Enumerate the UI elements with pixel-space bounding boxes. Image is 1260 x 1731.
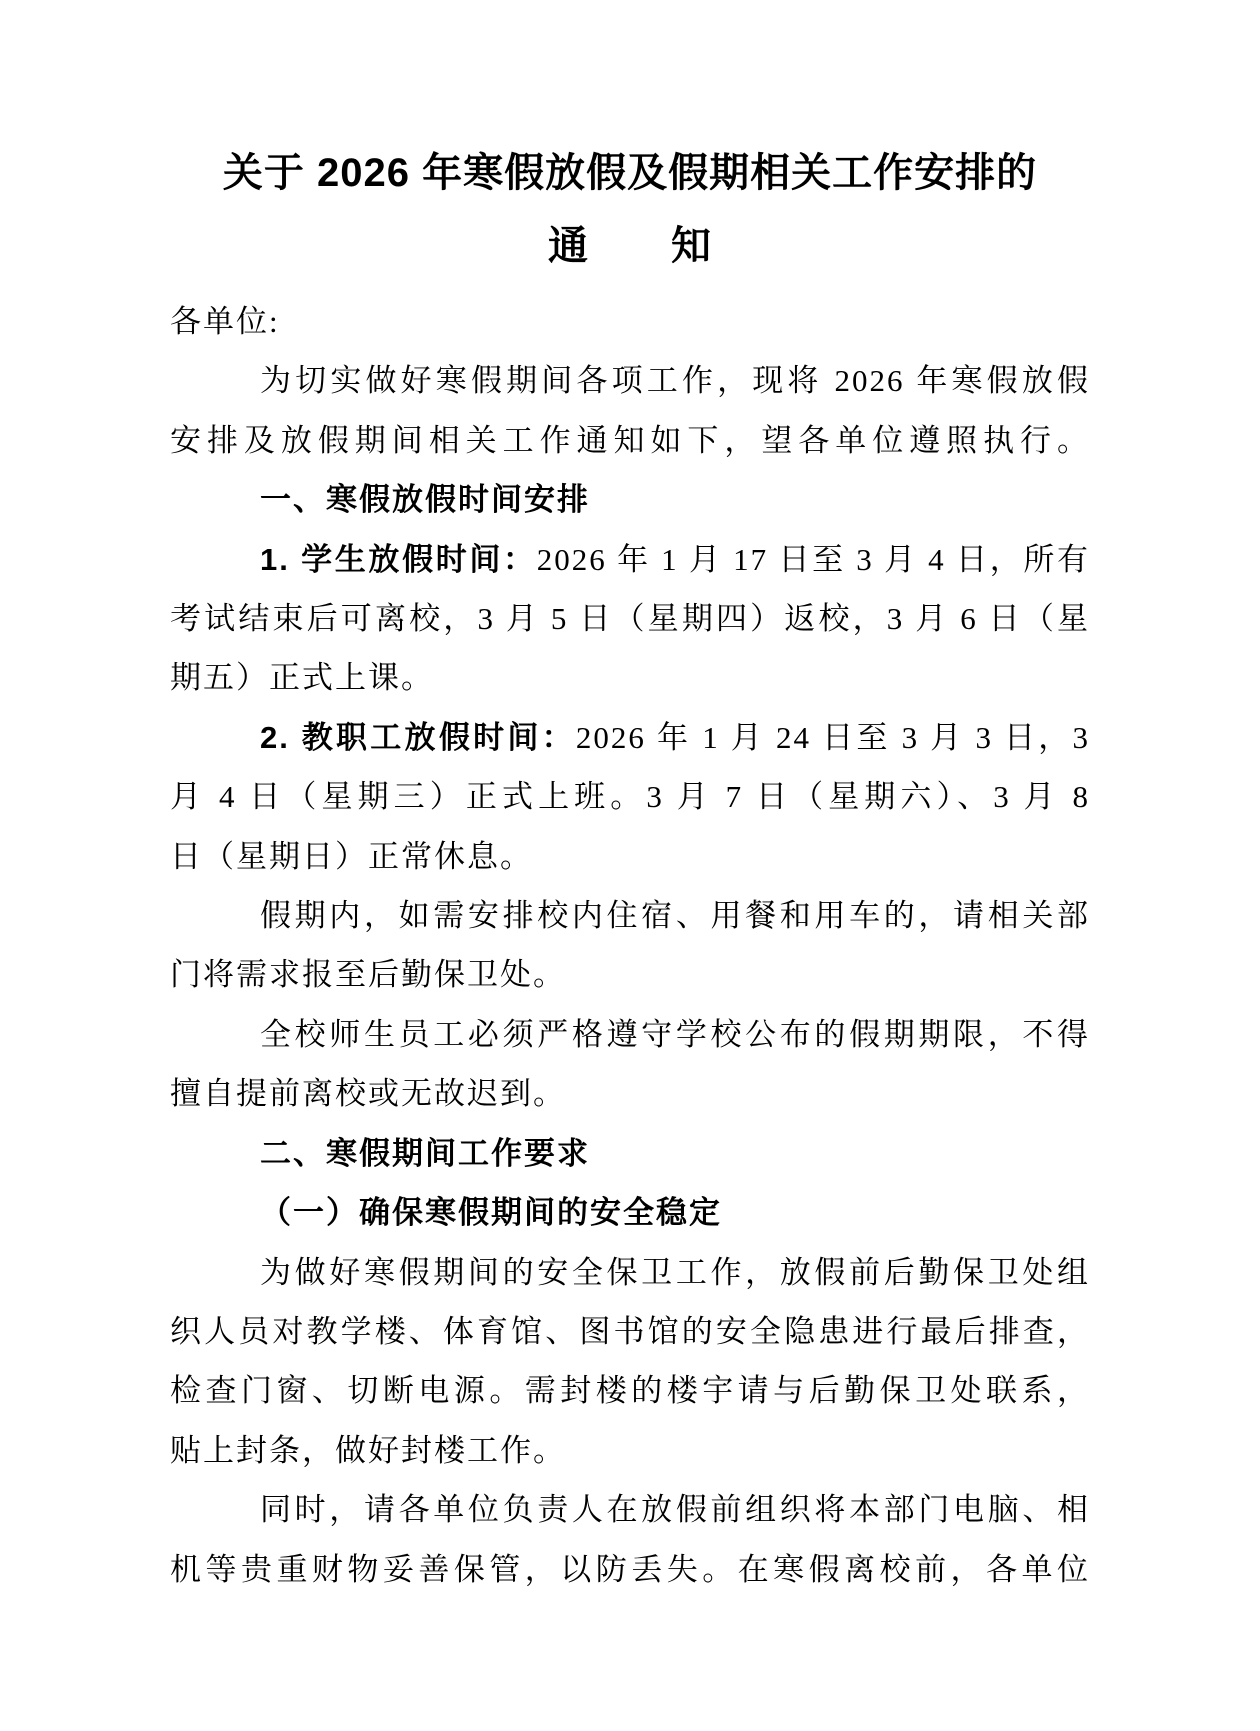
section-heading: （一）确保寒假期间的安全稳定: [170, 1183, 1090, 1242]
line-text: 贴上封条，做好封楼工作。: [170, 1433, 566, 1468]
bold-run: 1. 学生放假时间：: [260, 542, 537, 577]
heading-text: 一、寒假放假时间安排: [260, 482, 590, 517]
line-text: 门将需求报至后勤保卫处。: [170, 957, 566, 992]
heading-text: （一）确保寒假期间的安全稳定: [260, 1195, 722, 1230]
line-text: 擅自提前离校或无故迟到。: [170, 1076, 566, 1111]
bold-run: 2. 教职工放假时间：: [260, 720, 576, 755]
doc-line: 1. 学生放假时间：2026 年 1 月 17 日至 3 月 4 日，所有: [170, 530, 1090, 589]
notice-body: 各单位: 为切实做好寒假期间各项工作，现将 2026 年寒假放假 安排及放假期间…: [170, 292, 1090, 1599]
line-text: 各单位:: [170, 304, 280, 339]
doc-line: 贴上封条，做好封楼工作。: [170, 1421, 1090, 1480]
line-text: 假期内，如需安排校内住宿、用餐和用车的，请相关部: [260, 898, 1090, 933]
line-text: 同时，请各单位负责人在放假前组织将本部门电脑、相: [260, 1492, 1090, 1527]
doc-line: 为切实做好寒假期间各项工作，现将 2026 年寒假放假: [170, 351, 1090, 410]
line-text: 检查门窗、切断电源。需封楼的楼宇请与后勤保卫处联系，: [170, 1373, 1090, 1408]
doc-line: 门将需求报至后勤保卫处。: [170, 945, 1090, 1004]
doc-line: 同时，请各单位负责人在放假前组织将本部门电脑、相: [170, 1480, 1090, 1539]
doc-line: 2. 教职工放假时间：2026 年 1 月 24 日至 3 月 3 日，3: [170, 708, 1090, 767]
line-text: 2026 年 1 月 17 日至 3 月 4 日，所有: [537, 542, 1090, 577]
doc-line: 织人员对教学楼、体育馆、图书馆的安全隐患进行最后排查，: [170, 1302, 1090, 1361]
doc-line: 期五）正式上课。: [170, 648, 1090, 707]
doc-line: 假期内，如需安排校内住宿、用餐和用车的，请相关部: [170, 886, 1090, 945]
line-text: 全校师生员工必须严格遵守学校公布的假期期限，不得: [260, 1017, 1090, 1052]
document-content: 关于 2026 年寒假放假及假期相关工作安排的 通 知 各单位: 为切实做好寒假…: [170, 138, 1090, 1599]
line-text: 为切实做好寒假期间各项工作，现将 2026 年寒假放假: [260, 363, 1090, 398]
line-text: 机等贵重财物妥善保管，以防丢失。在寒假离校前，各单位: [170, 1552, 1090, 1587]
doc-line: 考试结束后可离校，3 月 5 日（星期四）返校，3 月 6 日（星: [170, 589, 1090, 648]
line-text: 考试结束后可离校，3 月 5 日（星期四）返校，3 月 6 日（星: [170, 601, 1090, 636]
section-heading: 二、寒假期间工作要求: [170, 1124, 1090, 1183]
line-text: 2026 年 1 月 24 日至 3 月 3 日，3: [576, 720, 1090, 755]
line-text: 日（星期日）正常休息。: [170, 839, 533, 874]
doc-line: 为做好寒假期间的安全保卫工作，放假前后勤保卫处组: [170, 1243, 1090, 1302]
doc-line: 月 4 日（星期三）正式上班。3 月 7 日（星期六）、3 月 8: [170, 767, 1090, 826]
line-text: 织人员对教学楼、体育馆、图书馆的安全隐患进行最后排查，: [170, 1314, 1090, 1349]
doc-line: 机等贵重财物妥善保管，以防丢失。在寒假离校前，各单位: [170, 1540, 1090, 1599]
line-text: 月 4 日（星期三）正式上班。3 月 7 日（星期六）、3 月 8: [170, 779, 1090, 814]
line-text: 安排及放假期间相关工作通知如下，望各单位遵照执行。: [170, 423, 1090, 458]
doc-line: 擅自提前离校或无故迟到。: [170, 1064, 1090, 1123]
heading-text: 二、寒假期间工作要求: [260, 1136, 590, 1171]
notice-title-line2: 通 知: [170, 208, 1090, 284]
notice-title-line1: 关于 2026 年寒假放假及假期相关工作安排的: [170, 138, 1090, 208]
doc-line: 安排及放假期间相关工作通知如下，望各单位遵照执行。: [170, 411, 1090, 470]
line-text: 期五）正式上课。: [170, 660, 434, 695]
doc-line: 检查门窗、切断电源。需封楼的楼宇请与后勤保卫处联系，: [170, 1361, 1090, 1420]
line-text: 为做好寒假期间的安全保卫工作，放假前后勤保卫处组: [260, 1255, 1090, 1290]
document-page: 关于 2026 年寒假放假及假期相关工作安排的 通 知 各单位: 为切实做好寒假…: [0, 0, 1260, 1731]
doc-line: 日（星期日）正常休息。: [170, 827, 1090, 886]
doc-line: 全校师生员工必须严格遵守学校公布的假期期限，不得: [170, 1005, 1090, 1064]
section-heading: 一、寒假放假时间安排: [170, 470, 1090, 529]
salutation-line: 各单位:: [170, 292, 1090, 351]
